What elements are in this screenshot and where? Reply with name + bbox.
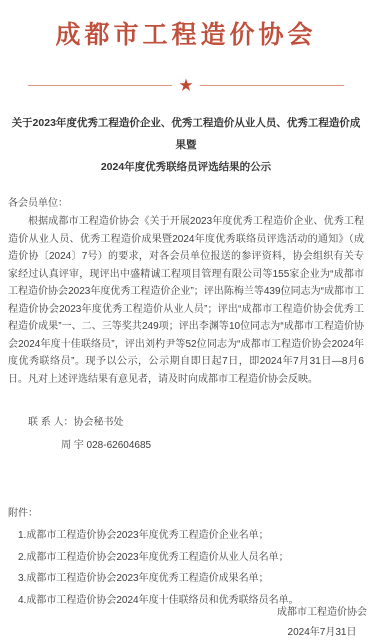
attachment-item-3: 3.成都市工程造价协会2023年度优秀工程造价成果名单； (18, 568, 372, 590)
letterhead-title: 成都市工程造价协会 (0, 15, 372, 51)
signature-org: 成都市工程造价协会 (277, 603, 367, 623)
attachments-heading: 附件： (8, 503, 372, 525)
divider-line-right (200, 85, 344, 86)
salutation: 各会员单位： (8, 195, 364, 212)
notice-title-line1: 关于2023年度优秀工程造价企业、优秀工程造价从业人员、优秀工程造价成果暨 (10, 112, 362, 156)
signature-date: 2024年7月31日 (277, 623, 367, 643)
contact-phone-line: 周 宇 028-62604685 (61, 434, 372, 457)
announcement-page: 成都市工程造价协会 ★ 关于2023年度优秀工程造价企业、优秀工程造价从业人员、… (0, 0, 372, 643)
notice-title-line2: 2024年度优秀联络员评选结果的公示 (10, 156, 362, 178)
contact-block: 联 系 人：协会秘书处 周 宇 028-62604685 (0, 411, 372, 457)
attachments-list: 1.成都市工程造价协会2023年度优秀工程造价企业名单； 2.成都市工程造价协会… (0, 525, 372, 611)
contact-person-line: 联 系 人：协会秘书处 (28, 411, 372, 434)
divider: ★ (28, 78, 344, 92)
notice-title: 关于2023年度优秀工程造价企业、优秀工程造价从业人员、优秀工程造价成果暨 20… (10, 112, 362, 178)
star-icon: ★ (172, 78, 200, 92)
body-paragraph: 根据成都市工程造价协会《关于开展2023年度优秀工程造价企业、优秀工程造价从业人… (8, 213, 364, 388)
attachments-section: 附件： 1.成都市工程造价协会2023年度优秀工程造价企业名单； 2.成都市工程… (0, 503, 372, 611)
divider-line-left (28, 85, 172, 86)
attachment-item-2: 2.成都市工程造价协会2023年度优秀工程造价从业人员名单； (18, 547, 372, 569)
signature-block: 成都市工程造价协会 2024年7月31日 (277, 603, 367, 643)
attachment-item-1: 1.成都市工程造价协会2023年度优秀工程造价企业名单； (18, 525, 372, 547)
